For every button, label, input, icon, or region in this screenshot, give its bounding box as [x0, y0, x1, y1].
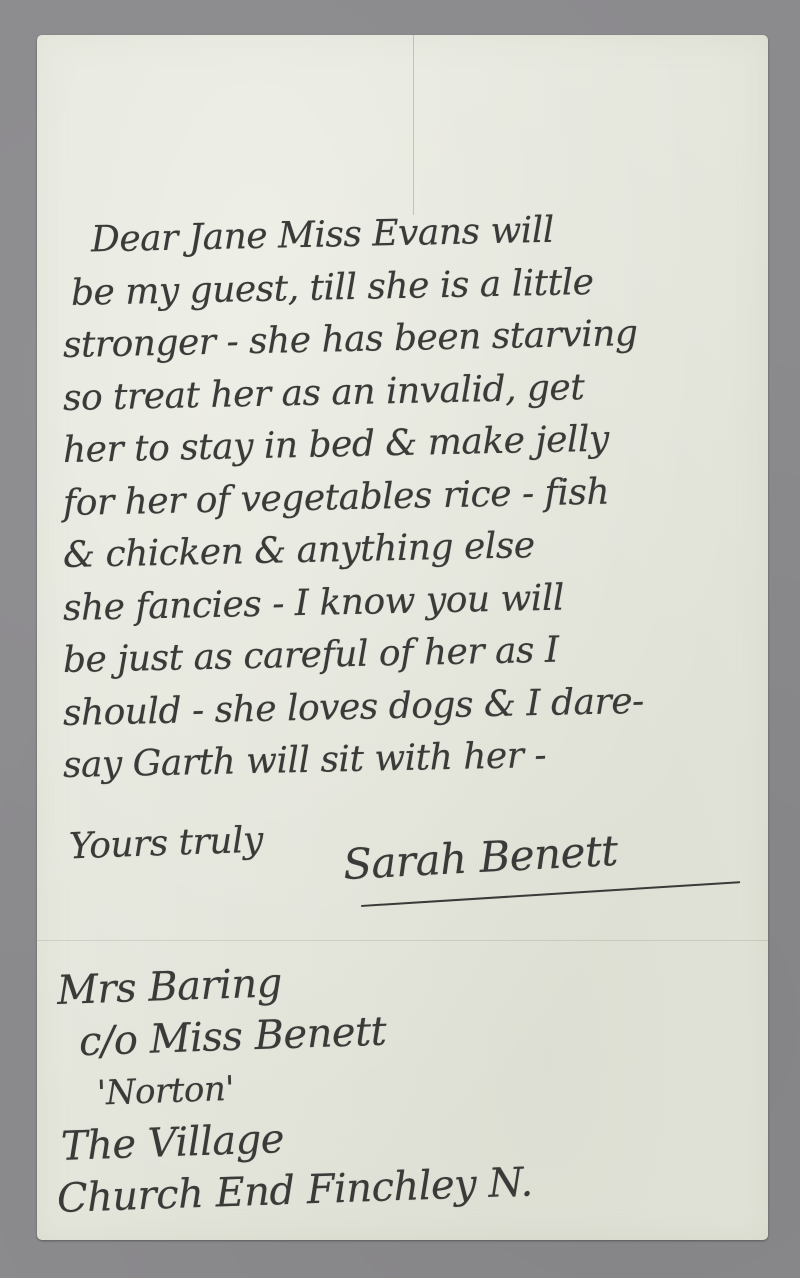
- signature: Sarah Benett: [342, 826, 619, 889]
- horizontal-fold-crease: [37, 940, 768, 941]
- letter-body: Dear Jane Miss Evans will be my guest, t…: [63, 215, 753, 793]
- vertical-fold-crease: [413, 35, 414, 215]
- closing-phrase: Yours truly: [68, 820, 263, 868]
- letter-sheet: Dear Jane Miss Evans will be my guest, t…: [37, 35, 768, 1240]
- address-block: Mrs Baring c/o Miss Benett 'Norton' The …: [57, 965, 697, 1225]
- sign-off: Yours truly Sarah Benett: [65, 805, 745, 915]
